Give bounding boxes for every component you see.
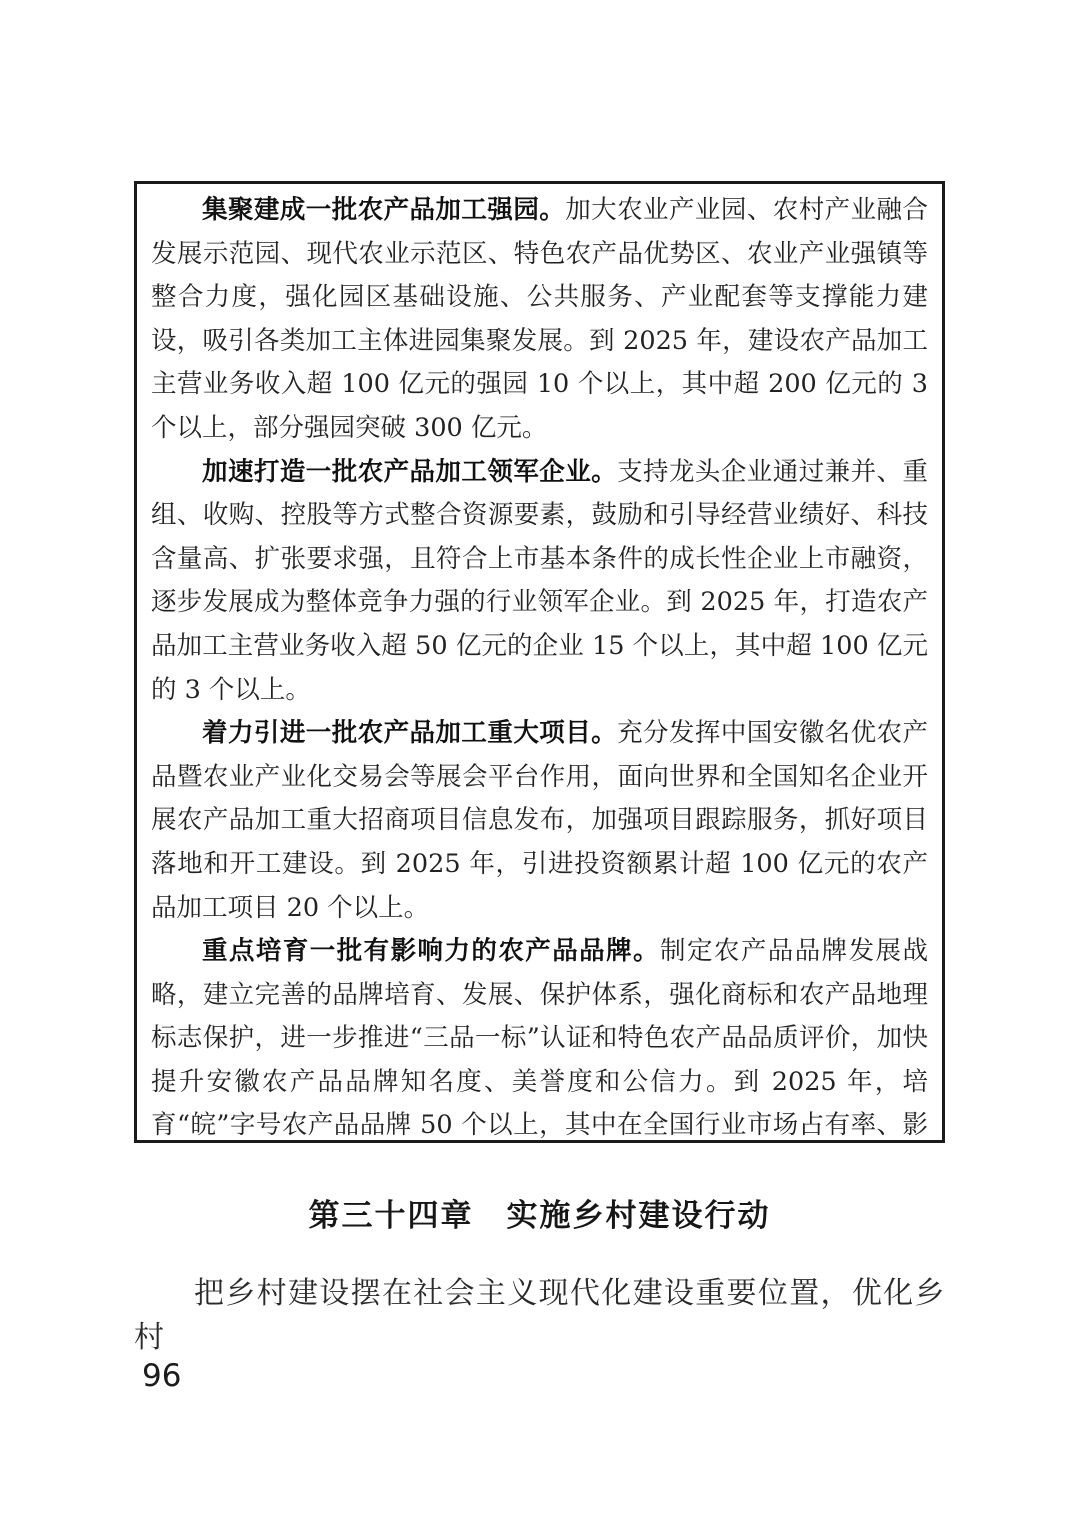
paragraph-4-lead: 重点培育一批有影响力的农产品品牌。	[202, 936, 660, 966]
paragraph-4-body: 制定农产品品牌发展战略，建立完善的品牌培育、发展、保护体系，强化商标和农产品地理…	[151, 936, 928, 1143]
paragraph-1-body: 加大农业产业园、农村产业融合发展示范园、现代农业示范区、特色农产品优势区、农业产…	[151, 195, 928, 443]
page-number: 96	[142, 1358, 181, 1394]
opening-paragraph: 把乡村建设摆在社会主义现代化建设重要位置，优化乡村	[134, 1272, 945, 1360]
paragraph-1-lead: 集聚建成一批农产品加工强园。	[202, 195, 565, 225]
paragraph-3-lead: 着力引进一批农产品加工重大项目。	[202, 718, 617, 748]
document-page: 集聚建成一批农产品加工强园。加大农业产业园、农村产业融合发展示范园、现代农业示范…	[0, 0, 1080, 1527]
paragraph-3-body: 充分发挥中国安徽名优农产品暨农业产业化交易会等展会平台作用，面向世界和全国知名企…	[151, 718, 928, 922]
paragraph-2-body: 支持龙头企业通过兼并、重组、收购、控股等方式整合资源要素，鼓励和引导经营业绩好、…	[151, 457, 928, 705]
boxed-paragraph-2: 加速打造一批农产品加工领军企业。支持龙头企业通过兼并、重组、收购、控股等方式整合…	[151, 451, 928, 713]
boxed-paragraph-4: 重点培育一批有影响力的农产品品牌。制定农产品品牌发展战略，建立完善的品牌培育、发…	[151, 930, 928, 1143]
paragraph-2-lead: 加速打造一批农产品加工领军企业。	[202, 457, 617, 487]
boxed-paragraph-3: 着力引进一批农产品加工重大项目。充分发挥中国安徽名优农产品暨农业产业化交易会等展…	[151, 712, 928, 930]
boxed-paragraph-1: 集聚建成一批农产品加工强园。加大农业产业园、农村产业融合发展示范园、现代农业示范…	[151, 189, 928, 451]
chapter-heading: 第三十四章 实施乡村建设行动	[134, 1190, 945, 1235]
highlight-box: 集聚建成一批农产品加工强园。加大农业产业园、农村产业融合发展示范园、现代农业示范…	[134, 181, 945, 1143]
